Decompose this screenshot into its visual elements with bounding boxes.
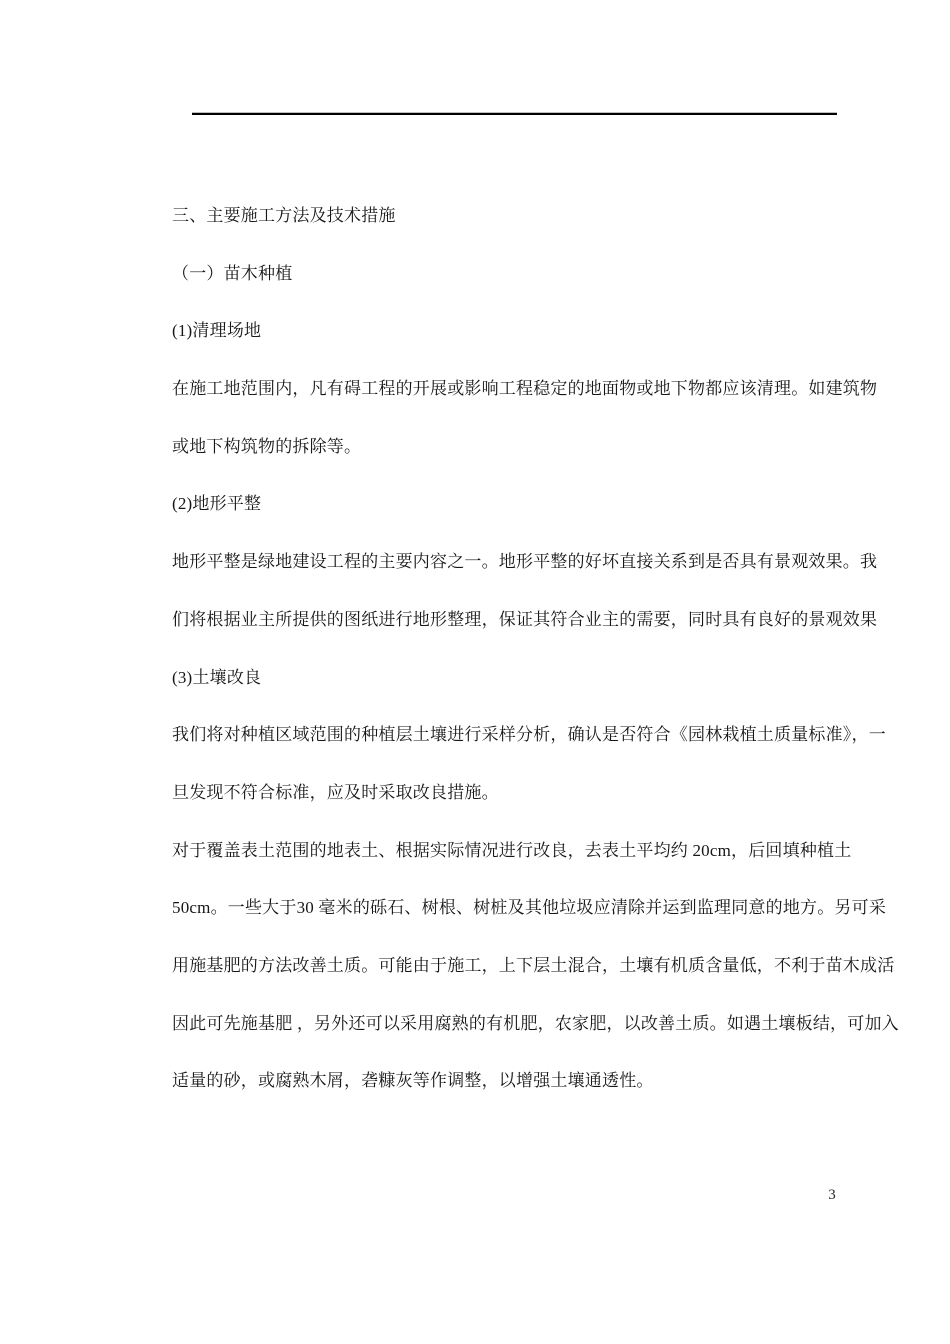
text-line: （一）苗木种植 — [172, 245, 884, 303]
text-line: 对于覆盖表土范围的地表土、根据实际情况进行改良，去表土平均约 20cm，后回填种… — [172, 822, 884, 880]
text-line: (3)土壤改良 — [172, 649, 884, 707]
header-rule-line — [192, 113, 837, 115]
text-line: 50cm。一些大于30 毫米的砾石、树根、树桩及其他垃圾应清除并运到监理同意的地… — [172, 879, 884, 937]
text-line: 或地下构筑物的拆除等。 — [172, 418, 884, 476]
header-rule — [192, 112, 837, 115]
text-line: 三、主要施工方法及技术措施 — [172, 187, 884, 245]
text-line: (2)地形平整 — [172, 475, 884, 533]
text-line: 们将根据业主所提供的图纸进行地形整理，保证其符合业主的需要，同时具有良好的景观效… — [172, 591, 884, 649]
text-line: 用施基肥的方法改善土质。可能由于施工，上下层土混合，土壤有机质含量低，不利于苗木… — [172, 937, 884, 995]
text-line: 地形平整是绿地建设工程的主要内容之一。地形平整的好坏直接关系到是否具有景观效果。… — [172, 533, 884, 591]
text-line: (1)清理场地 — [172, 302, 884, 360]
document-body: 三、主要施工方法及技术措施（一）苗木种植(1)清理场地在施工地范围内，凡有碍工程… — [172, 187, 884, 1110]
document-page: 三、主要施工方法及技术措施（一）苗木种植(1)清理场地在施工地范围内，凡有碍工程… — [0, 0, 950, 1344]
text-line: 我们将对种植区域范围的种植层土壤进行采样分析，确认是否符合《园林栽植土质量标准》… — [172, 706, 884, 764]
page-number: 3 — [818, 1181, 846, 1209]
text-line: 适量的砂，或腐熟木屑，砻糠灰等作调整，以增强土壤通透性。 — [172, 1052, 884, 1110]
text-line: 在施工地范围内，凡有碍工程的开展或影响工程稳定的地面物或地下物都应该清理。如建筑… — [172, 360, 884, 418]
text-line: 旦发现不符合标准，应及时采取改良措施。 — [172, 764, 884, 822]
text-line: 因此可先施基肥 ，另外还可以采用腐熟的有机肥，农家肥，以改善土质。如遇土壤板结，… — [172, 995, 884, 1053]
